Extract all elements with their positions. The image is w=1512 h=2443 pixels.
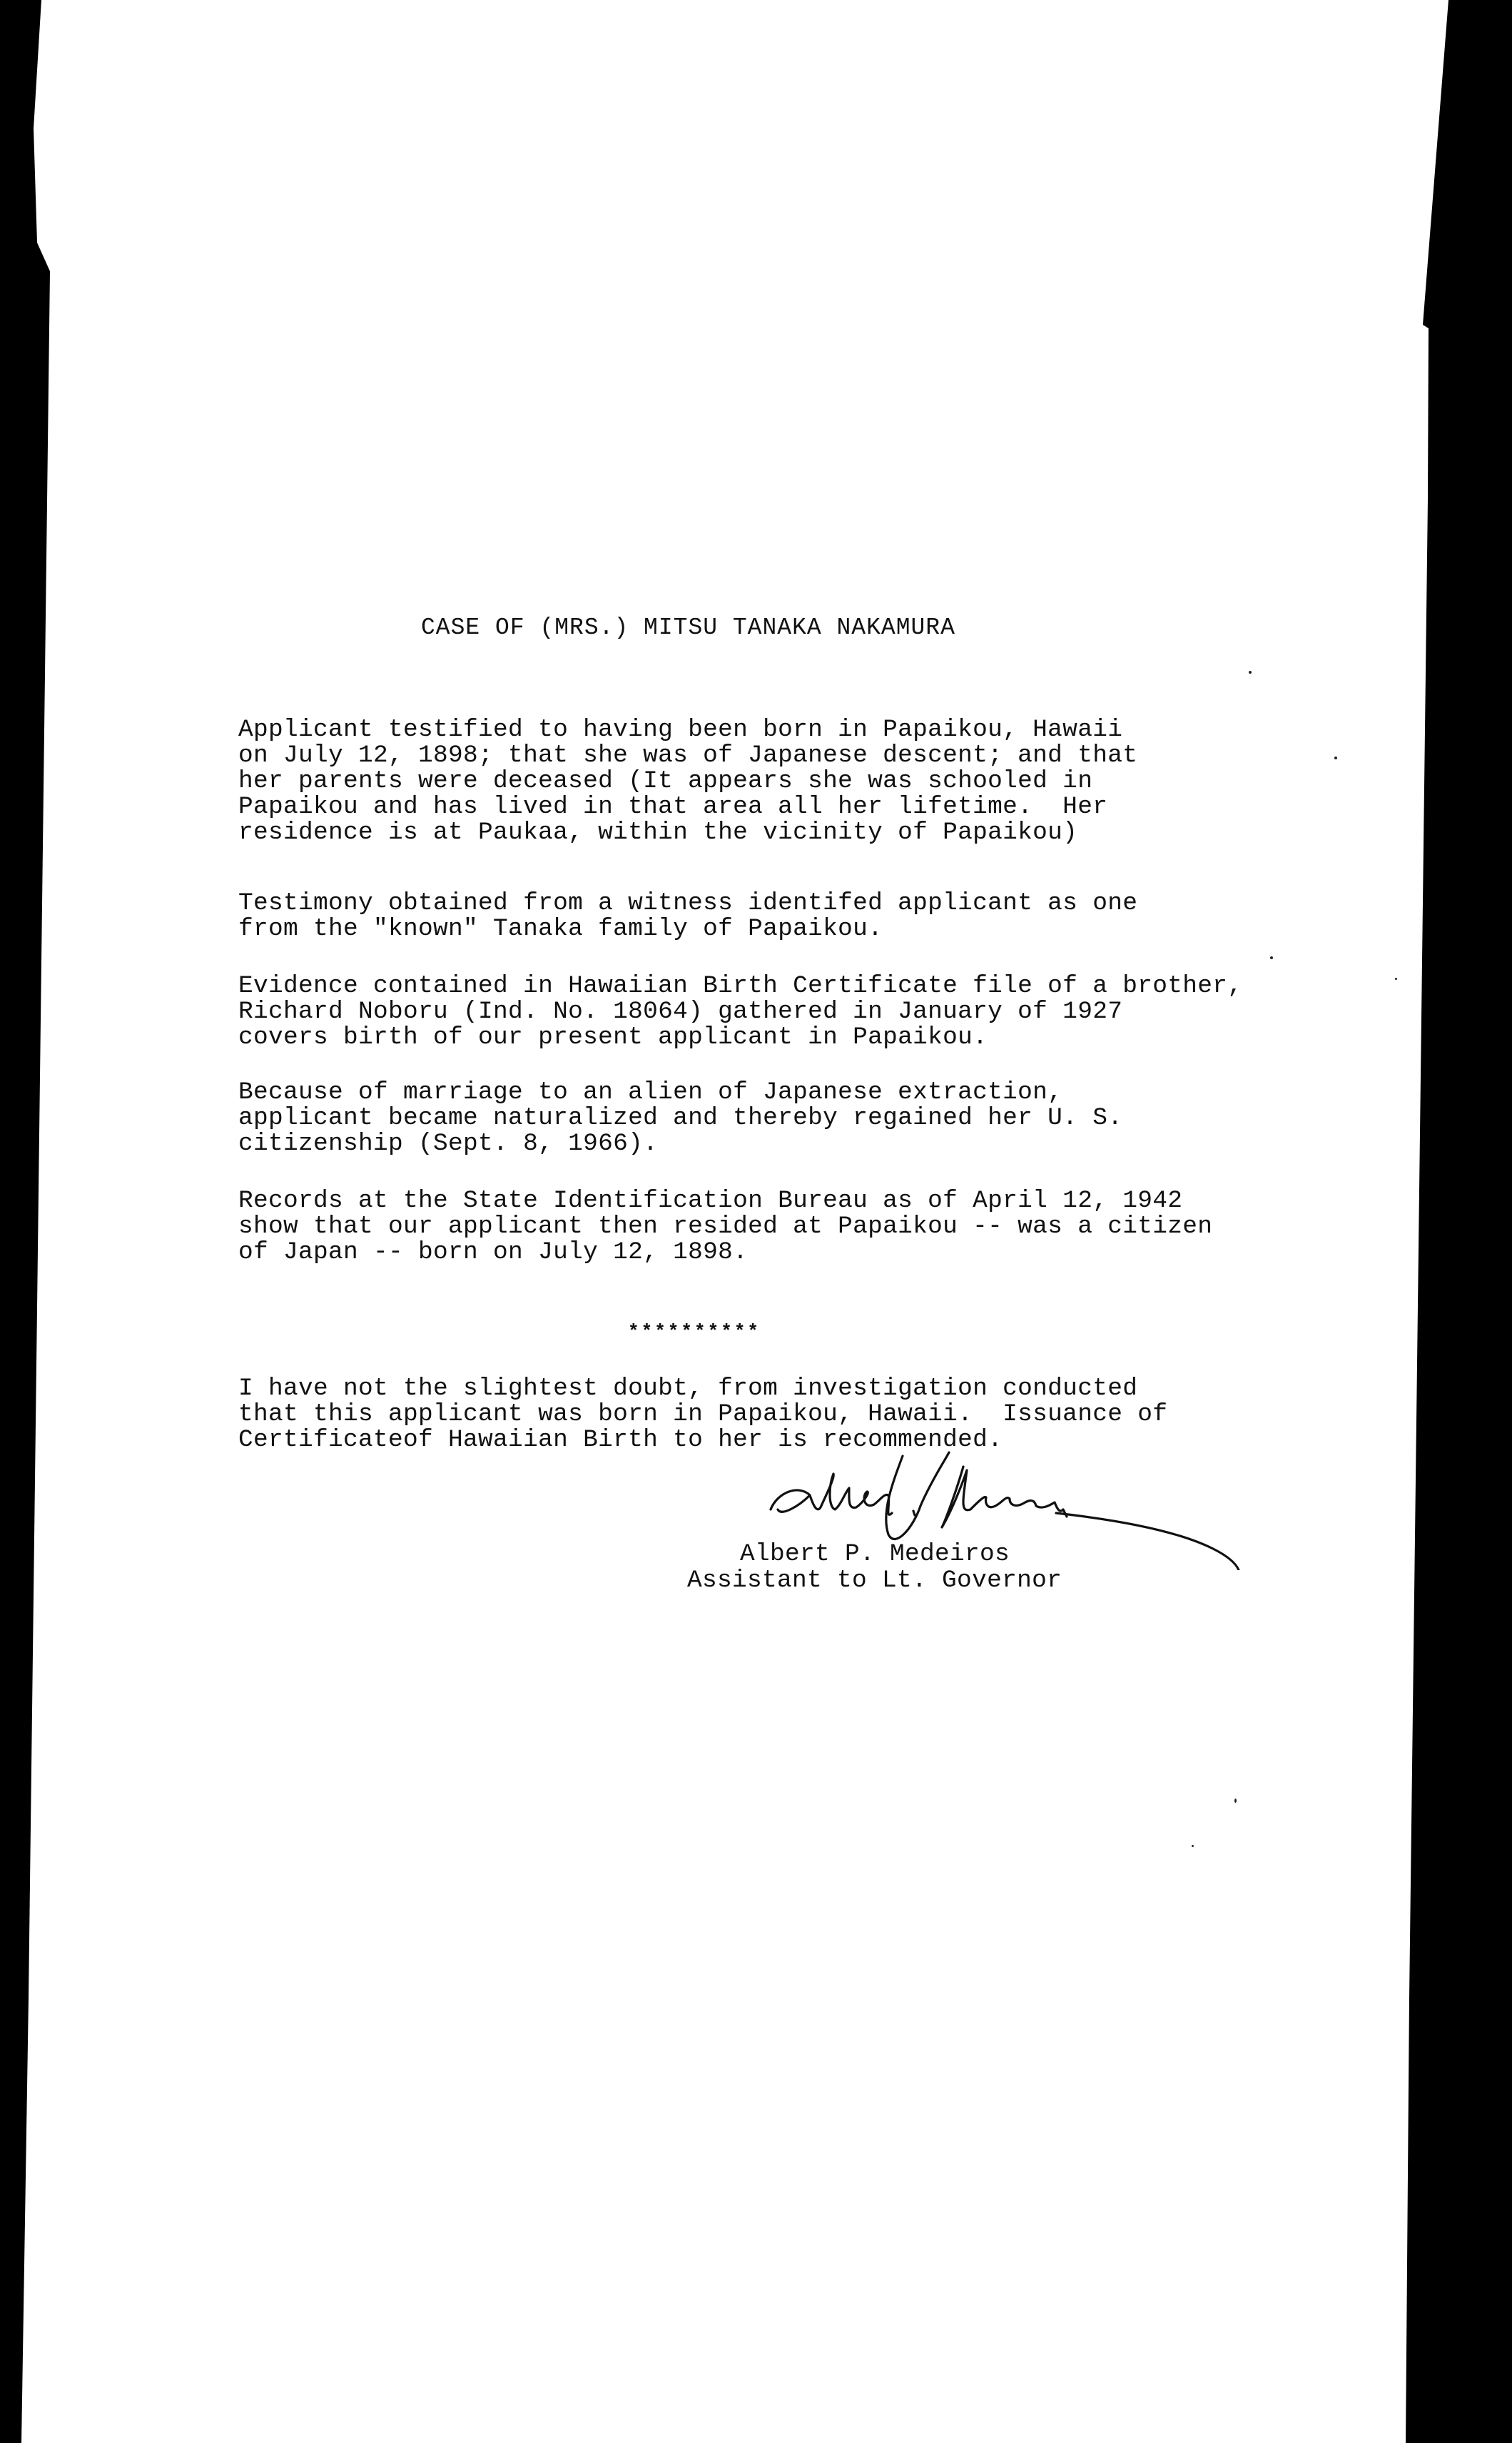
signatory-name: Albert P. Medeiros [740, 1542, 1010, 1567]
paragraph-identification-records: Records at the State Identification Bure… [238, 1188, 1212, 1265]
signatory-title: Assistant to Lt. Governor [687, 1568, 1062, 1594]
paragraph-witness-testimony: Testimony obtained from a witness identi… [238, 891, 1137, 942]
paragraph-birth-testimony: Applicant testified to having been born … [238, 717, 1137, 846]
scan-speck [1249, 671, 1252, 674]
section-separator: ********** [628, 1319, 761, 1345]
paragraph-birth-certificate-evidence: Evidence contained in Hawaiian Birth Cer… [238, 973, 1242, 1051]
paragraph-naturalization: Because of marriage to an alien of Japan… [238, 1080, 1122, 1157]
document-title: CASE OF (MRS.) MITSU TANAKA NAKAMURA [421, 615, 955, 641]
scan-speck [1395, 978, 1397, 980]
scan-speck [1334, 757, 1337, 759]
scan-speck [1234, 1799, 1237, 1803]
document-page: CASE OF (MRS.) MITSU TANAKA NAKAMURA App… [0, 0, 1512, 2443]
scan-speck [1270, 956, 1273, 959]
scan-speck [1192, 1845, 1194, 1847]
